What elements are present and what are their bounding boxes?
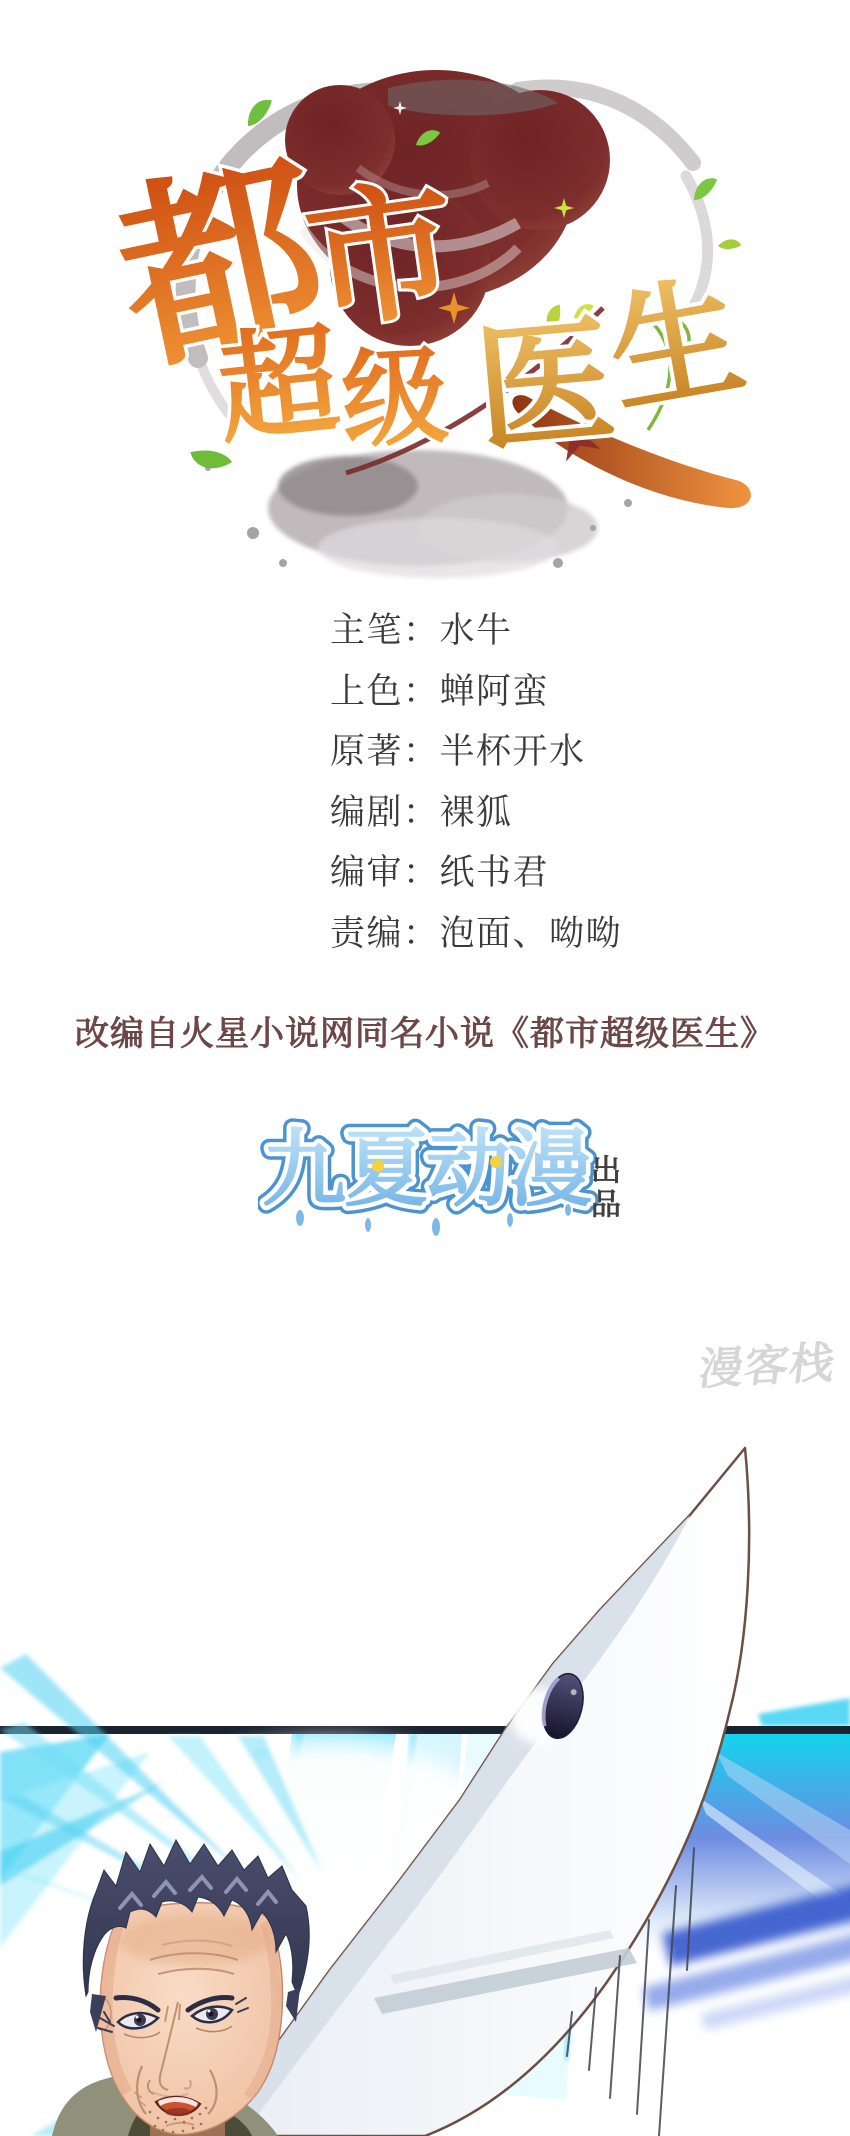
logo-title: 都 市 超 级 医 生 — [99, 132, 754, 472]
credit-line-reviewer: 编审：纸书君 — [330, 843, 622, 904]
credit-line-colorist: 上色：蝉阿蛮 — [330, 662, 622, 723]
credit-line-editor: 责编：泡面、呦呦 — [330, 904, 622, 965]
logo-char-chao: 超 — [211, 311, 345, 462]
publisher-suffix: 出品 — [585, 1154, 619, 1222]
logo-char-ji: 级 — [339, 334, 451, 462]
adaptation-note: 改编自火星小说网同名小说《都市超级医生》 — [0, 1006, 850, 1055]
credits-block: 主笔：水牛 上色：蝉阿蛮 原著：半杯开水 编剧：裸狐 编审：纸书君 责编：泡面、… — [330, 601, 622, 964]
bottom-comic-panel — [0, 1400, 850, 2136]
cyan-sliver-icon — [758, 1698, 850, 1726]
publisher-logo: 九夏动漫 九夏动漫 九夏动漫 — [258, 1106, 598, 1236]
credit-line-author: 原著：半杯开水 — [330, 722, 622, 783]
comic-title-page: 都 市 超 级 医 生 主笔：水牛 上色：蝉阿蛮 原著：半杯开水 编剧：裸狐 编… — [0, 0, 850, 2136]
credit-line-writer: 编剧：裸狐 — [330, 783, 622, 844]
ink-wash-icon — [268, 450, 598, 578]
publisher-name: 九夏动漫 — [262, 1120, 591, 1218]
series-logo: 都 市 超 级 医 生 — [88, 48, 760, 593]
site-watermark: 漫客栈 — [696, 1327, 840, 1398]
logo-char-sheng: 生 — [598, 259, 755, 434]
credit-line-artist: 主笔：水牛 — [330, 601, 622, 662]
logo-char-yi: 医 — [469, 299, 621, 471]
